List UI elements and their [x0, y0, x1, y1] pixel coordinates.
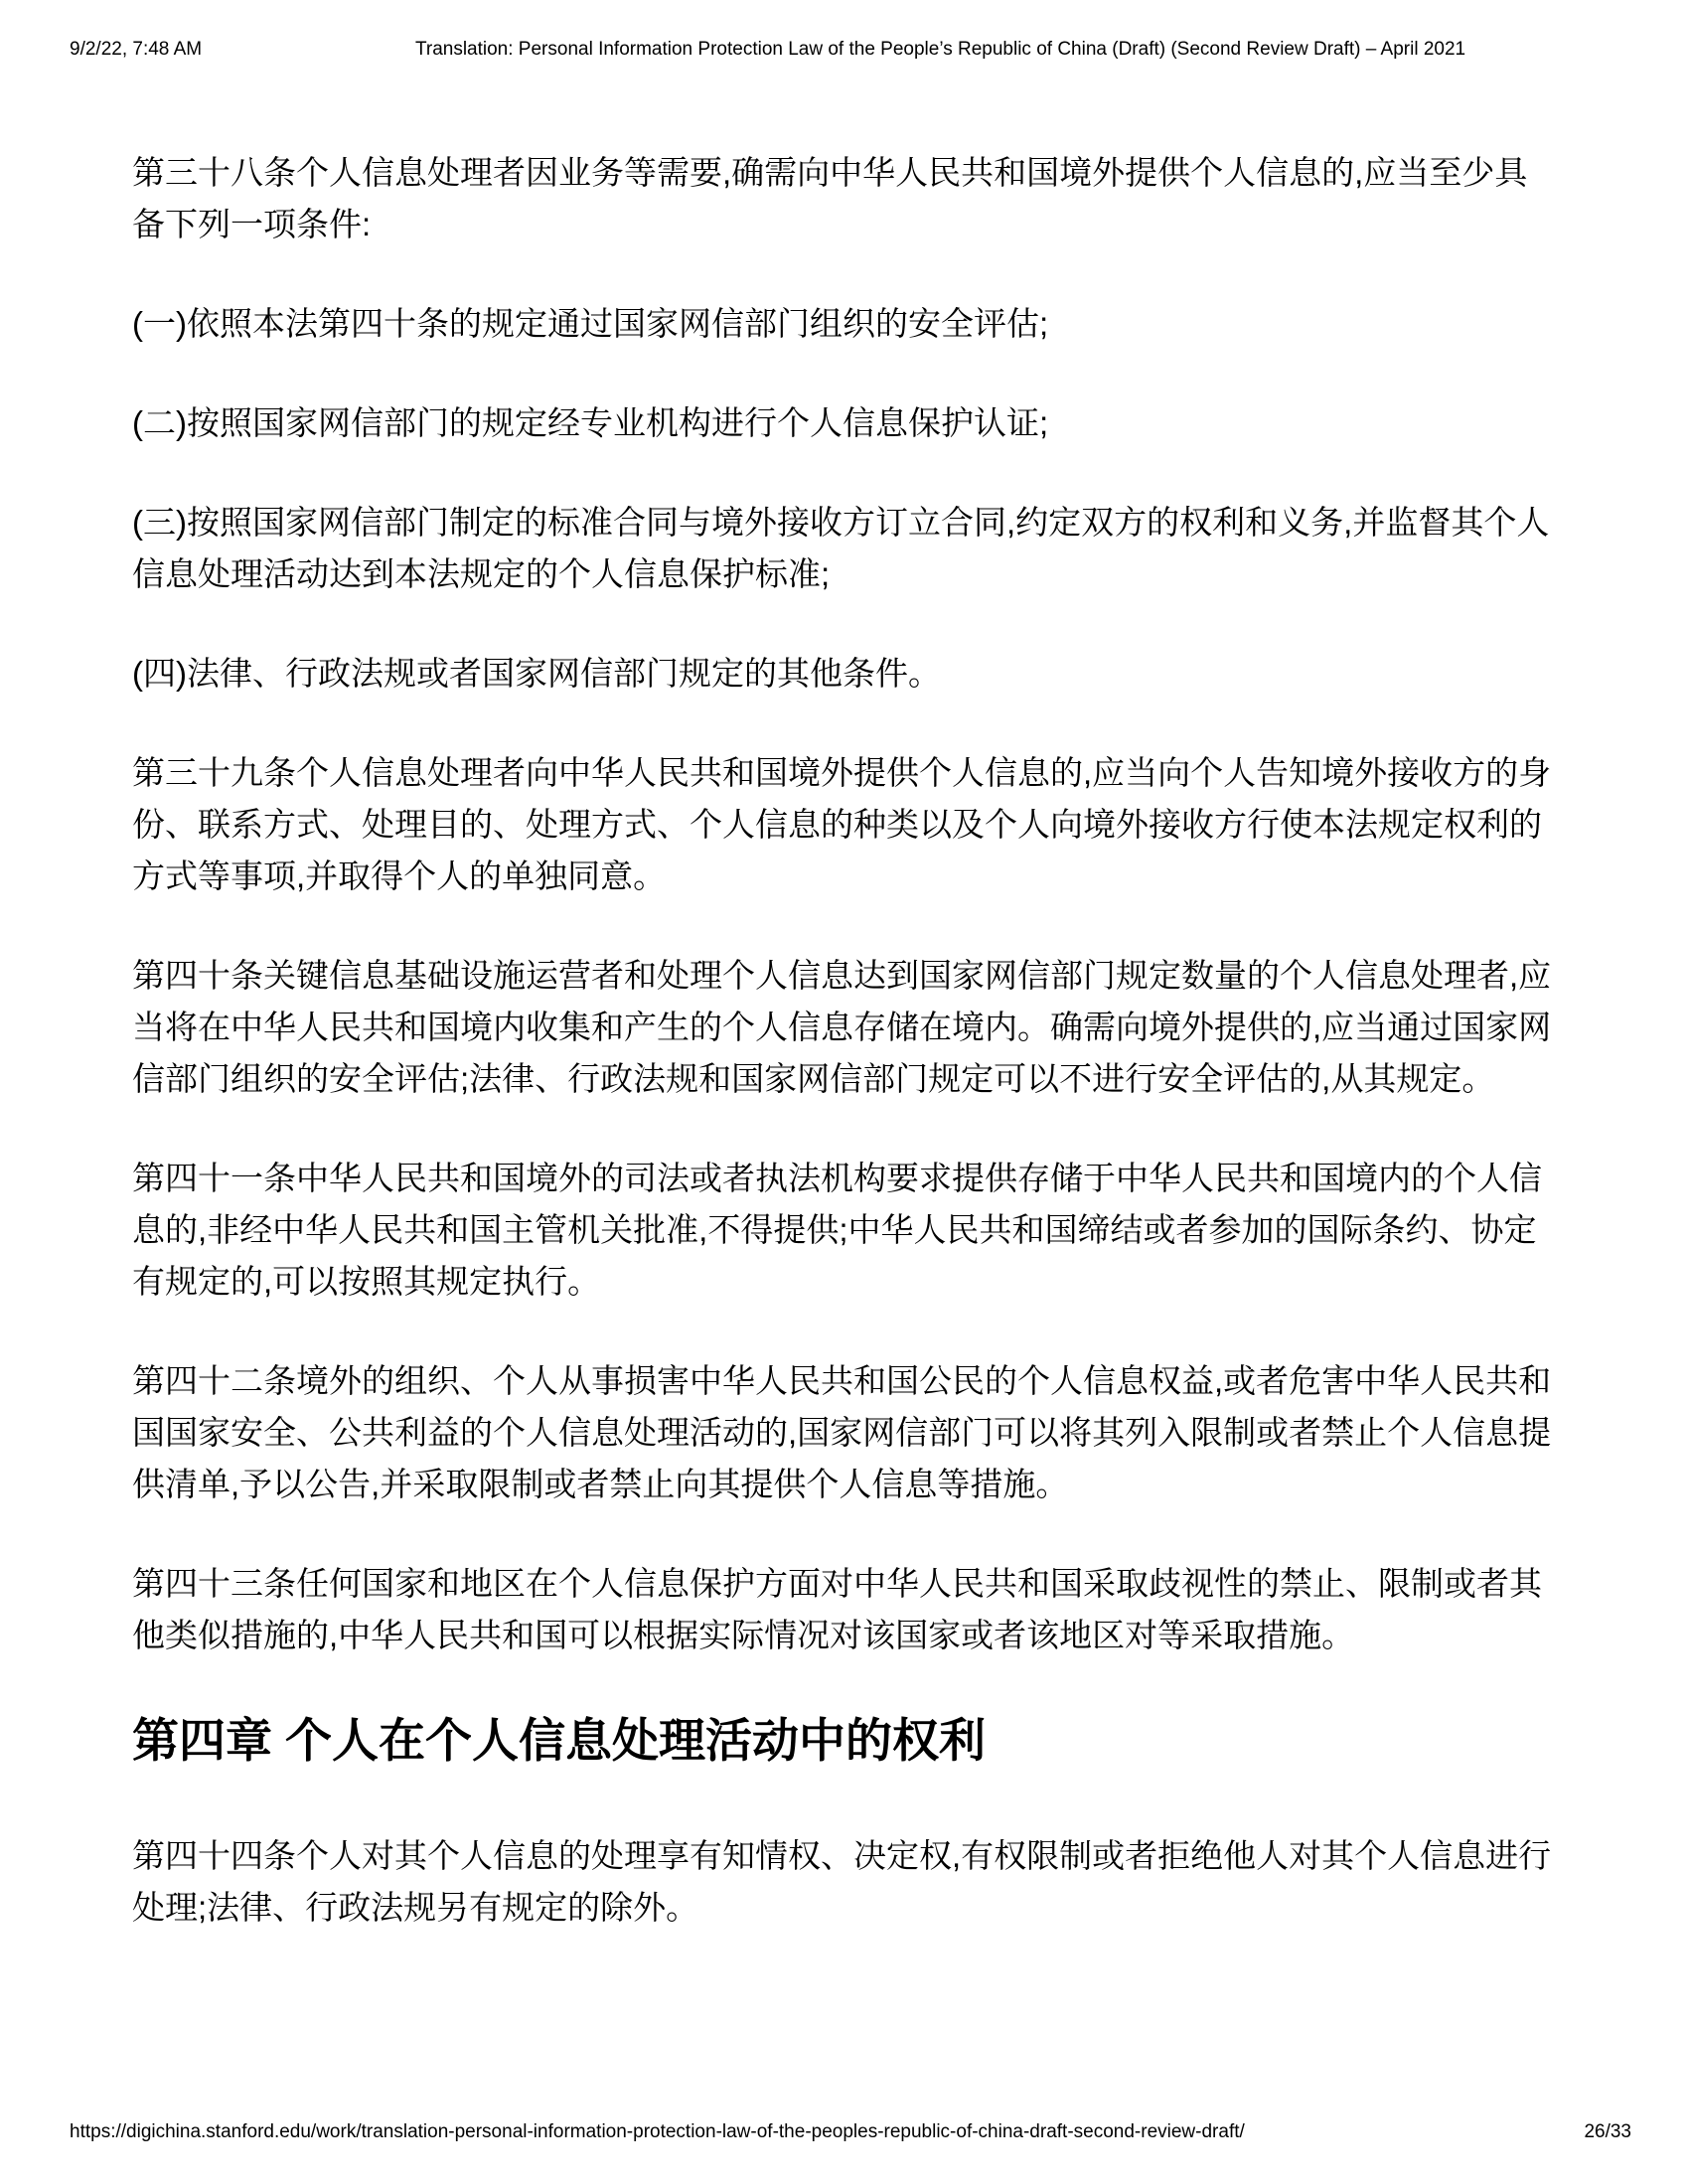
law-article-paragraph: 第四十一条中华人民共和国境外的司法或者执法机构要求提供存储于中华人民共和国境内的… — [132, 1153, 1559, 1308]
law-article-paragraph: (一)依照本法第四十条的规定通过国家网信部门组织的安全评估; — [132, 298, 1559, 350]
law-article-paragraph: 第三十九条个人信息处理者向中华人民共和国境外提供个人信息的,应当向个人告知境外接… — [132, 747, 1559, 902]
law-article-paragraph: 第四十二条境外的组织、个人从事损害中华人民共和国公民的个人信息权益,或者危害中华… — [132, 1355, 1559, 1510]
print-header: 9/2/22, 7:48 AM Translation: Personal In… — [70, 38, 1619, 62]
chapter-heading: 第四章 个人在个人信息处理活动中的权利 — [132, 1709, 1559, 1773]
law-article-paragraph: 第三十八条个人信息处理者因业务等需要,确需向中华人民共和国境外提供个人信息的,应… — [132, 147, 1559, 250]
law-article-paragraph: (四)法律、行政法规或者国家网信部门规定的其他条件。 — [132, 648, 1559, 700]
print-timestamp: 9/2/22, 7:48 AM — [70, 38, 202, 62]
source-url: https://digichina.stanford.edu/work/tran… — [70, 2120, 1245, 2144]
page-number: 26/33 — [1584, 2120, 1631, 2144]
law-article-paragraph: 第四十四条个人对其个人信息的处理享有知情权、决定权,有权限制或者拒绝他人对其个人… — [132, 1830, 1559, 1934]
document-body: 第三十八条个人信息处理者因业务等需要,确需向中华人民共和国境外提供个人信息的,应… — [132, 147, 1559, 1981]
printed-page: 9/2/22, 7:48 AM Translation: Personal In… — [0, 0, 1689, 2184]
law-article-paragraph: 第四十条关键信息基础设施运营者和处理个人信息达到国家网信部门规定数量的个人信息处… — [132, 950, 1559, 1105]
law-article-paragraph: (三)按照国家网信部门制定的标准合同与境外接收方订立合同,约定双方的权利和义务,… — [132, 497, 1559, 600]
print-footer: https://digichina.stanford.edu/work/tran… — [70, 2120, 1631, 2144]
law-article-paragraph: (二)按照国家网信部门的规定经专业机构进行个人信息保护认证; — [132, 397, 1559, 449]
law-article-paragraph: 第四十三条任何国家和地区在个人信息保护方面对中华人民共和国采取歧视性的禁止、限制… — [132, 1558, 1559, 1661]
print-title: Translation: Personal Information Protec… — [202, 38, 1619, 62]
